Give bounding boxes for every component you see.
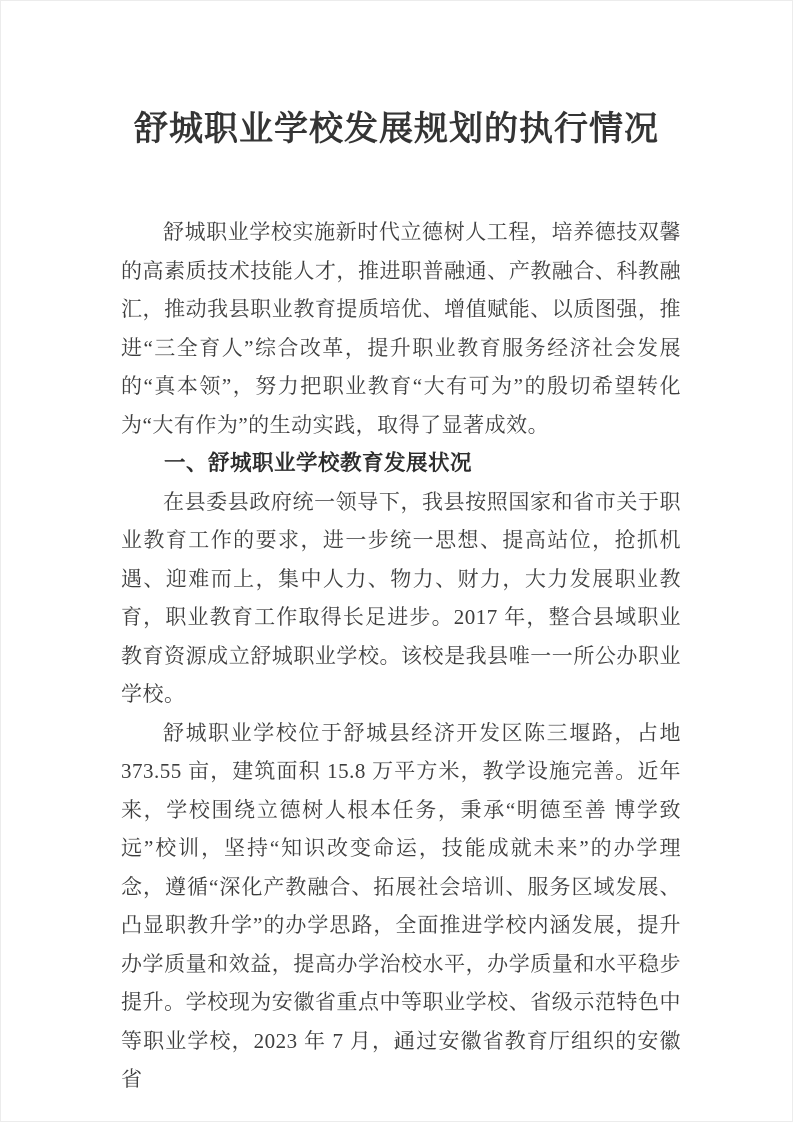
- page-number: 1: [1, 1037, 792, 1053]
- paragraph-intro: 舒城职业学校实施新时代立德树人工程，培养德技双馨的高素质技术技能人才，推进职普融…: [121, 213, 681, 444]
- section-heading-1: 一、舒城职业学校教育发展状况: [121, 444, 681, 483]
- document-page: 舒城职业学校发展规划的执行情况 舒城职业学校实施新时代立德树人工程，培养德技双馨…: [0, 0, 793, 1122]
- document-body: 舒城职业学校实施新时代立德树人工程，培养德技双馨的高素质技术技能人才，推进职普融…: [121, 213, 681, 1099]
- paragraph-leadership: 在县委县政府统一领导下，我县按照国家和省市关于职业教育工作的要求，进一步统一思想…: [121, 483, 681, 714]
- document-title: 舒城职业学校发展规划的执行情况: [1, 107, 792, 151]
